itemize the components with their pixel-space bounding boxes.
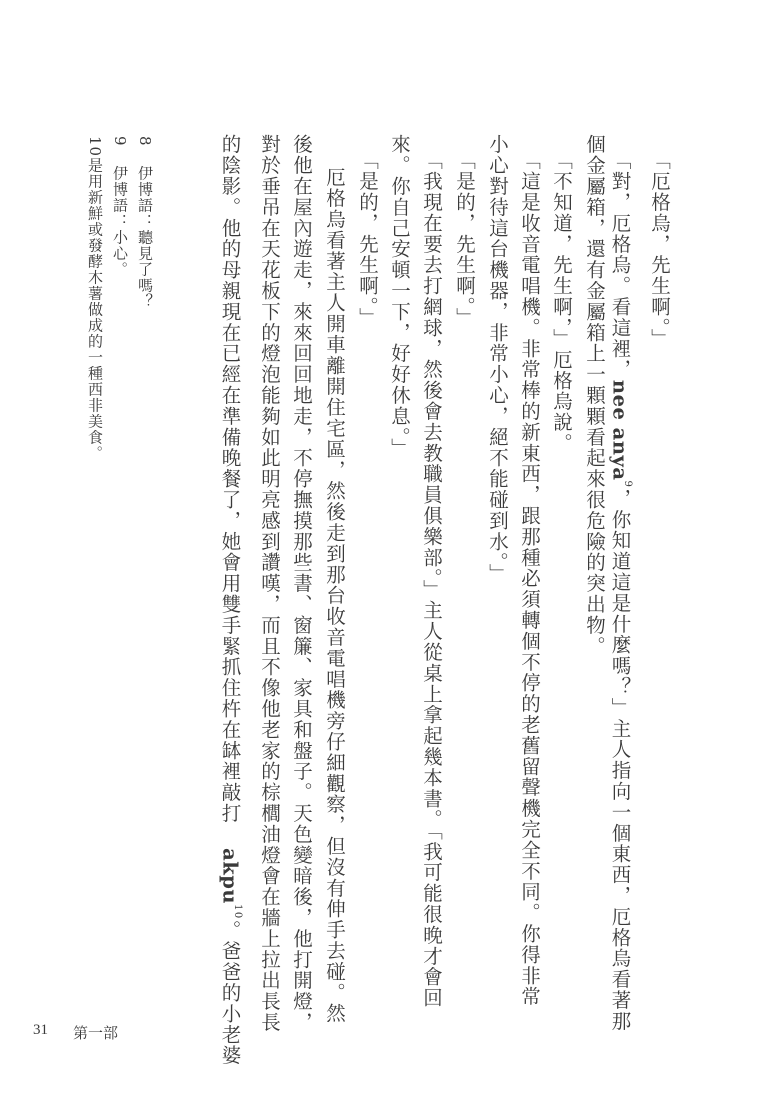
text-column-8: 「我現在要去打網球，然後會去教職員俱樂部。」主人從桌上拿起幾本書。「我可能很晚才… — [414, 150, 448, 1008]
text-column-1: 「厄格烏，先生啊。」 — [642, 150, 676, 349]
column-text: 對於垂吊在天花板下的燈泡能夠如此明亮感到讚嘆，而且不像他老家的棕櫚油燈會在牆上拉… — [258, 134, 281, 1033]
column-text: 「對，厄格烏。看這裡， — [609, 150, 632, 380]
text-column-14: 的陰影。他的母親現在已經在準備晚餐了，她會用雙手緊抓住杵在缽裡敲打 akpu10… — [213, 134, 255, 1066]
column-text: 「是的，先生啊。」 — [356, 150, 379, 328]
footnote-10: 10是用新鮮或發酵木薯做成的一種西非美食。 — [84, 136, 106, 461]
footnote-number: 9 — [111, 136, 129, 147]
column-text: 「這是收音電唱機。非常棒的新東西，跟那種必須轉個不停的老舊留聲機完全不同。你得非… — [518, 150, 541, 1007]
column-text: ，你知道這是什麼嗎？」主人指向一個東西，厄格烏看著那 — [609, 488, 632, 1031]
text-column-3: 個金屬箱，還有金屬箱上一顆顆看起來很危險的突出物。 — [577, 134, 611, 657]
text-column-10: 「是的，先生啊。」 — [350, 150, 384, 328]
text-column-7: 「是的，先生啊。」 — [447, 150, 481, 328]
column-text: 個金屬箱，還有金屬箱上一顆顆看起來很危險的突出物。 — [583, 134, 606, 657]
column-text: 小心對待這台機器，非常小心，絕不能碰到水。」 — [486, 134, 509, 584]
column-text: 「不知道，先生啊，」厄格烏說。 — [550, 150, 573, 454]
column-text: 後他在屋內遊走，來來回回地走，不停撫摸那些書、窗簾、家具和盤子。天色變暗後，他打… — [290, 134, 313, 1033]
igbo-term: nee anya — [609, 380, 632, 481]
footnote-number: 10 — [86, 136, 104, 157]
text-column-6: 小心對待這台機器，非常小心，絕不能碰到水。」 — [480, 134, 514, 584]
igbo-term: akpu — [219, 848, 242, 904]
column-text: 的陰影。他的母親現在已經在準備晚餐了，她會用雙手緊抓住杵在缽裡敲打 — [219, 134, 242, 848]
section-title: 第一部 — [73, 1022, 118, 1043]
footnote-text: 是用新鮮或發酵木薯做成的一種西非美食。 — [86, 157, 104, 461]
text-column-9: 來。你自己安頓一下，好好休息。」 — [382, 134, 416, 459]
column-text: 「是的，先生啊。」 — [453, 150, 476, 328]
text-column-11: 厄格烏看著主人開車離開住宅區，然後走到那台收音電唱機旁仔細觀察，但沒有伸手去碰。… — [317, 167, 351, 1024]
footnote-text: 伊博語：聽見了嗎？ — [136, 166, 154, 310]
text-column-5: 「這是收音電唱機。非常棒的新東西，跟那種必須轉個不停的老舊留聲機完全不同。你得非… — [512, 150, 546, 1007]
column-text: 「我現在要去打網球，然後會去教職員俱樂部。」主人從桌上拿起幾本書。「我可能很晚才… — [420, 150, 443, 1008]
column-text: 「厄格烏，先生啊。」 — [648, 150, 671, 349]
page-number: 31 — [33, 1022, 48, 1039]
footnote-text: 伊博語：小心。 — [111, 166, 129, 278]
column-text: 厄格烏看著主人開車離開住宅區，然後走到那台收音電唱機旁仔細觀察，但沒有伸手去碰。… — [323, 167, 346, 1024]
text-column-13: 對於垂吊在天花板下的燈泡能夠如此明亮感到讚嘆，而且不像他老家的棕櫚油燈會在牆上拉… — [252, 134, 286, 1033]
column-text: 來。你自己安頓一下，好好休息。」 — [388, 134, 411, 459]
text-column-4: 「不知道，先生啊，」厄格烏說。 — [544, 150, 578, 454]
footnote-ref-10[interactable]: 10 — [232, 904, 243, 920]
footnote-8: 8 伊博語：聽見了嗎？ — [134, 136, 156, 310]
text-column-12: 後他在屋內遊走，來來回回地走，不停撫摸那些書、窗簾、家具和盤子。天色變暗後，他打… — [284, 134, 318, 1033]
footnote-9: 9 伊博語：小心。 — [109, 136, 131, 278]
column-text: 。爸爸的小老婆 — [219, 920, 242, 1066]
footnote-number: 8 — [136, 136, 154, 147]
